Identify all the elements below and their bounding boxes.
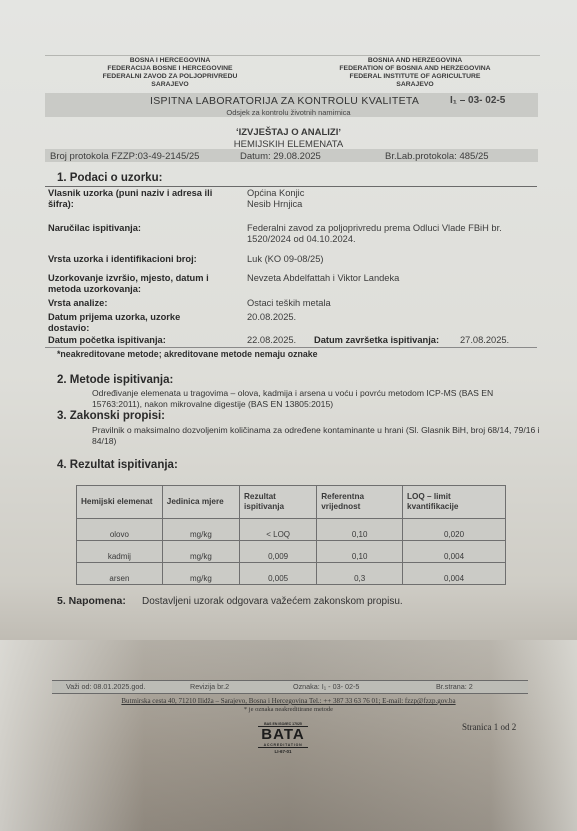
col-reference: Referentna vrijednost <box>317 486 403 519</box>
lab-protocol-number: Br.Lab.protokola: 485/25 <box>385 151 489 162</box>
cell-reference: 0,3 <box>317 563 403 585</box>
value-end-date: 27.08.2025. <box>460 335 540 346</box>
bata-accreditation-text: ACCREDITATION <box>258 743 308 748</box>
value-start-date: 22.08.2025. <box>247 335 317 346</box>
cell-loq: 0,004 <box>403 563 506 585</box>
report-date: Datum: 29.08.2025 <box>240 151 321 162</box>
col-unit: Jedinica mjere <box>162 486 239 519</box>
footer-valid-from: Važi od: 08.01.2025.god. <box>66 682 145 691</box>
header-right-english: BOSNIA AND HERZEGOVINA FEDERATION OF BOS… <box>320 57 510 89</box>
col-loq: LOQ – limit kvantifikacije <box>403 486 506 519</box>
cell-loq: 0,004 <box>403 541 506 563</box>
header-right-line: SARAJEVO <box>320 81 510 89</box>
footer-mark-note: * je oznaka neakreditirane metode <box>0 706 577 713</box>
lab-subtitle: Odsjek za kontrolu životnih namirnica <box>0 108 577 117</box>
label-owner: Vlasnik uzorka (puni naziv i adresa ili … <box>48 188 213 210</box>
cell-reference: 0,10 <box>317 541 403 563</box>
top-rule <box>45 55 540 56</box>
header-left-bosnian: BOSNA I HERCEGOVINA FEDERACIJA BOSNE I H… <box>90 57 250 89</box>
label-sample-type: Vrsta uzorka i identifikacioni broj: <box>48 254 238 265</box>
value-line: Općina Konjic <box>247 188 537 199</box>
cell-unit: mg/kg <box>162 541 239 563</box>
lab-title: ISPITNA LABORATORIJA ZA KONTROLU KVALITE… <box>150 95 419 107</box>
bata-id: LI-67-01 <box>258 749 308 754</box>
accreditation-note: *neakreditovane metode; akreditovane met… <box>57 349 318 359</box>
section-3-heading: 3. Zakonski propisi: <box>57 410 165 422</box>
value-sample-type: Luk (KO 09-08/25) <box>247 254 537 265</box>
section-2-heading: 2. Metode ispitivanja: <box>57 374 173 386</box>
footer-revision: Revizija br.2 <box>190 682 229 691</box>
cell-loq: 0,020 <box>403 519 506 541</box>
label-analysis-type: Vrsta analize: <box>48 298 213 309</box>
cell-reference: 0,10 <box>317 519 403 541</box>
cell-element: olovo <box>77 519 163 541</box>
report-title: ʻIZVJEŠTAJ O ANALIZIʼ <box>0 127 577 138</box>
header-right-line: BOSNIA AND HERZEGOVINA <box>320 57 510 65</box>
value-line: Nesib Hrnjica <box>247 199 537 210</box>
results-header-row: Hemijski elemenat Jedinica mjere Rezulta… <box>77 486 506 519</box>
footer-mark: Oznaka: I₁ - 03- 02-5 <box>293 682 359 691</box>
table-row: kadmij mg/kg 0,009 0,10 0,004 <box>77 541 506 563</box>
header-left-line: FEDERACIJA BOSNE I HERCEGOVINE <box>90 65 250 73</box>
label-end-date: Datum završetka ispitivanja: <box>314 335 484 346</box>
value-analysis-type: Ostaci teških metala <box>247 298 537 309</box>
bata-logo-text: BATA <box>258 727 308 743</box>
header-right-line: FEDERATION OF BOSNIA AND HERZEGOVINA <box>320 65 510 73</box>
value-line: Federalni zavod za poljoprivredu prema O… <box>247 223 537 234</box>
address-text: Butmirska cesta 40, 71210 Ilidža – Saraj… <box>121 697 455 705</box>
remark-text: Dostavljeni uzorak odgovara važećem zako… <box>142 596 577 607</box>
footer-page-count: Br.strana: 2 <box>436 682 473 691</box>
section-1-bottom-rule <box>45 347 537 348</box>
cell-element: arsen <box>77 563 163 585</box>
page-indicator: Stranica 1 od 2 <box>462 722 516 732</box>
label-client: Naručilac ispitivanja: <box>48 223 213 234</box>
value-line: 1520/2024 od 04.10.2024. <box>247 234 537 245</box>
cell-unit: mg/kg <box>162 563 239 585</box>
cell-result: 0,009 <box>240 541 317 563</box>
value-owner: Općina Konjic Nesib Hrnjica <box>247 188 537 210</box>
label-receipt-date: Datum prijema uzorka, uzorke dostavio: <box>48 312 198 334</box>
cell-unit: mg/kg <box>162 519 239 541</box>
methods-text: Određivanje elemenata u tragovima – olov… <box>92 388 542 410</box>
value-client: Federalni zavod za poljoprivredu prema O… <box>247 223 537 245</box>
cell-result: 0,005 <box>240 563 317 585</box>
bata-accreditation-logo: BAS EN ISO/IEC 17025 BATA ACCREDITATION … <box>258 722 308 754</box>
section-1-rule <box>45 186 537 187</box>
lab-code: I₁ – 03- 02-5 <box>450 95 505 106</box>
table-row: olovo mg/kg < LOQ 0,10 0,020 <box>77 519 506 541</box>
cell-element: kadmij <box>77 541 163 563</box>
protocol-number: Broj protokola FZZP:03-49-2145/25 <box>50 151 199 162</box>
footer-address: Butmirska cesta 40, 71210 Ilidža – Saraj… <box>0 697 577 705</box>
cell-result: < LOQ <box>240 519 317 541</box>
header-left-line: SARAJEVO <box>90 81 250 89</box>
col-element: Hemijski elemenat <box>77 486 163 519</box>
label-start-date: Datum početka ispitivanja: <box>48 335 238 346</box>
regulations-text: Pravilnik o maksimalno dozvoljenim količ… <box>92 425 542 447</box>
section-1-heading: 1. Podaci o uzorku: <box>57 172 162 184</box>
results-table: Hemijski elemenat Jedinica mjere Rezulta… <box>76 485 506 585</box>
col-result: Rezultat ispitivanja <box>240 486 317 519</box>
section-4-heading: 4. Rezultat ispitivanja: <box>57 459 178 471</box>
value-sampling: Nevzeta Abdelfattah i Viktor Landeka <box>247 273 537 284</box>
header-right-line: FEDERAL INSTITUTE OF AGRICULTURE <box>320 73 510 81</box>
header-left-line: FEDERALNI ZAVOD ZA POLJOPRIVREDU <box>90 73 250 81</box>
section-5-heading: 5. Napomena: <box>57 595 126 607</box>
table-row: arsen mg/kg 0,005 0,3 0,004 <box>77 563 506 585</box>
header-left-line: BOSNA I HERCEGOVINA <box>90 57 250 65</box>
label-sampling: Uzorkovanje izvršio, mjesto, datum i met… <box>48 273 213 295</box>
value-receipt-date: 20.08.2025. <box>247 312 537 323</box>
